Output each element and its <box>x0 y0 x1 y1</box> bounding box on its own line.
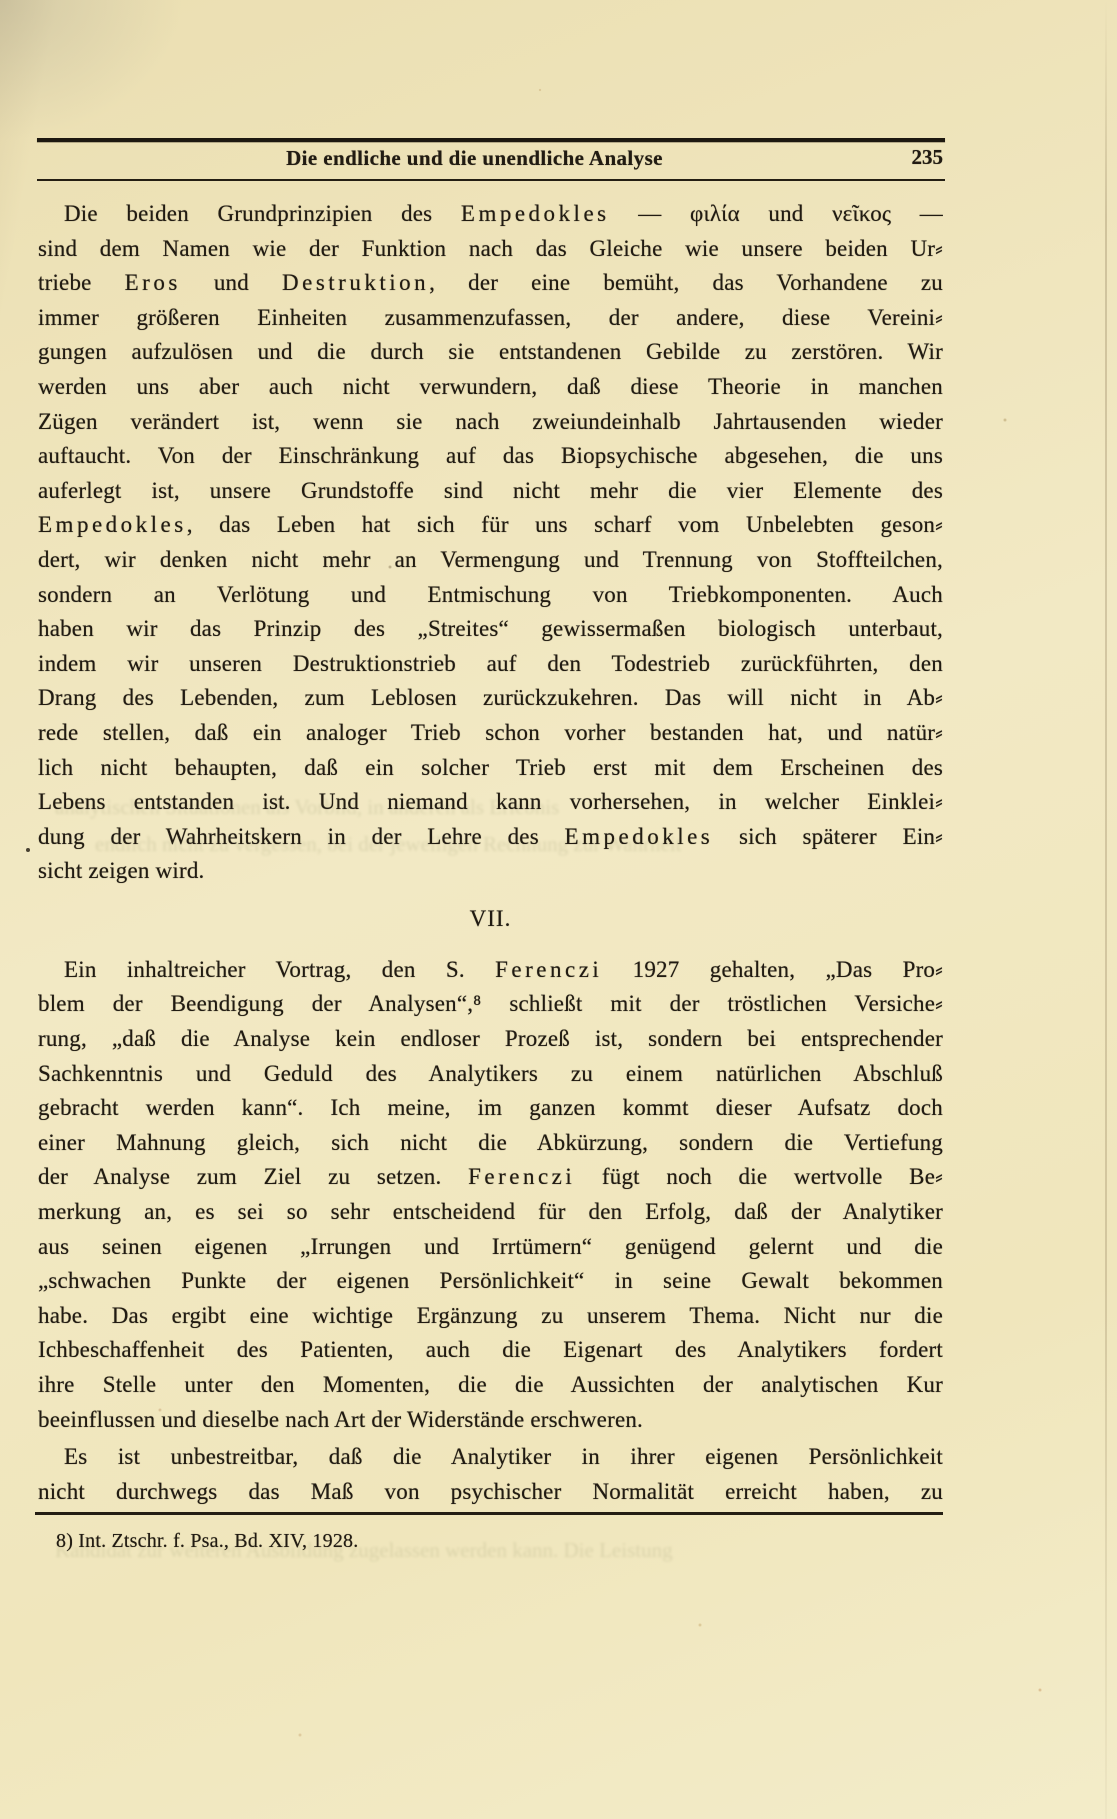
text-line: rung, „daß die Analyse kein endloser Pro… <box>38 1022 943 1057</box>
text-line: rede stellen, daß ein analoger Trieb sch… <box>38 716 943 751</box>
text-line: dert, wir denken nicht mehr an Vermengun… <box>38 543 943 578</box>
paragraph: Ein inhaltreicher Vortrag, den S. Ferenc… <box>38 953 943 1437</box>
text-line: immer größeren Einheiten zusammenzufasse… <box>38 301 943 336</box>
text-line: sondern an Verlötung und Entmischung von… <box>38 578 943 613</box>
text-line: Ichbeschaffenheit des Patienten, auch di… <box>38 1333 943 1368</box>
text-line: habe. Das ergibt eine wichtige Ergänzung… <box>38 1299 943 1334</box>
text-line: aus seinen eigenen „Irrungen und Irrtüme… <box>38 1230 943 1265</box>
spaced-name: Destruktion <box>282 270 429 295</box>
text-line: blem der Beendigung der Analysen“,⁸ schl… <box>38 987 943 1022</box>
ink-speck <box>26 848 30 852</box>
text-line: dung der Wahrheitskern in der Lehre des … <box>38 820 943 855</box>
text-line: haben wir das Prinzip des „Streites“ gew… <box>38 612 943 647</box>
text-line: gungen aufzulösen und die durch sie ents… <box>38 335 943 370</box>
text-line: Zügen verändert ist, wenn sie nach zweiu… <box>38 405 943 440</box>
text-line: gebracht werden kann“. Ich meine, im gan… <box>38 1091 943 1126</box>
body-text: Die beiden Grundprinzipien des Empedokle… <box>38 197 943 1509</box>
text-line: „schwachen Punkte der eigenen Persönlich… <box>38 1264 943 1299</box>
text-line: einer Mahnung gleich, sich nicht die Abk… <box>38 1126 943 1161</box>
text-line: sind dem Namen wie der Funktion nach das… <box>38 232 943 267</box>
spaced-name: Ferenczi <box>495 957 602 982</box>
text-line: lich nicht behaupten, daß ein solcher Tr… <box>38 751 943 786</box>
running-title: Die endliche und die unendliche Analyse <box>187 146 762 171</box>
text-line: merkung an, es sei so sehr entscheidend … <box>38 1195 943 1230</box>
paragraph: Die beiden Grundprinzipien des Empedokle… <box>38 197 943 889</box>
header-rule-top <box>37 138 945 142</box>
footnote-text: 8) Int. Ztschr. f. Psa., Bd. XIV, 1928. <box>38 1526 961 1556</box>
page-number: 235 <box>912 145 944 170</box>
text-line: Es ist unbestreitbar, daß die Analytiker… <box>38 1440 943 1475</box>
paragraph: Es ist unbestreitbar, daß die Analytiker… <box>38 1440 943 1509</box>
text-line: werden uns aber auch nicht verwundern, d… <box>38 370 943 405</box>
spaced-name: Empedokles <box>38 512 187 537</box>
text-line: nicht durchwegs das Maß von psychischer … <box>38 1475 943 1510</box>
text-line: Lebens entstanden ist. Und niemand kann … <box>38 785 943 820</box>
text-line: sicht zeigen wird. <box>38 854 943 889</box>
spaced-name: Ferenczi <box>468 1164 575 1189</box>
spaced-name: Eros <box>125 270 181 295</box>
text-line: auferlegt ist, unsere Grundstoffe sind n… <box>38 474 943 509</box>
text-line: ihre Stelle unter den Momenten, die die … <box>38 1368 943 1403</box>
book-page-scan: analytischen Situationen als Vorbild, in… <box>0 0 1117 1819</box>
text-line: Sachkenntnis und Geduld des Analytikers … <box>38 1057 943 1092</box>
text-line: indem wir unseren Destruktionstrieb auf … <box>38 647 943 682</box>
running-header: Die endliche und die unendliche Analyse … <box>37 138 945 184</box>
text-line: beeinflussen und dieselbe nach Art der W… <box>38 1403 943 1438</box>
text-line: Empedokles, das Leben hat sich für uns s… <box>38 508 943 543</box>
section-heading: VII. <box>38 901 943 937</box>
spaced-name: Empedokles <box>565 824 714 849</box>
header-rule-bottom <box>37 179 945 181</box>
spaced-name: Empedokles <box>461 201 610 226</box>
text-line: der Analyse zum Ziel zu setzen. Ferenczi… <box>38 1160 943 1195</box>
text-line: Drang des Lebenden, zum Leblosen zurückz… <box>38 681 943 716</box>
text-line: auftaucht. Von der Einschränkung auf das… <box>38 439 943 474</box>
text-line: triebe Eros und Destruktion, der eine be… <box>38 266 943 301</box>
text-line: Ein inhaltreicher Vortrag, den S. Ferenc… <box>38 953 943 988</box>
footnote-rule <box>35 1512 943 1515</box>
text-line: Die beiden Grundprinzipien des Empedokle… <box>38 197 943 232</box>
